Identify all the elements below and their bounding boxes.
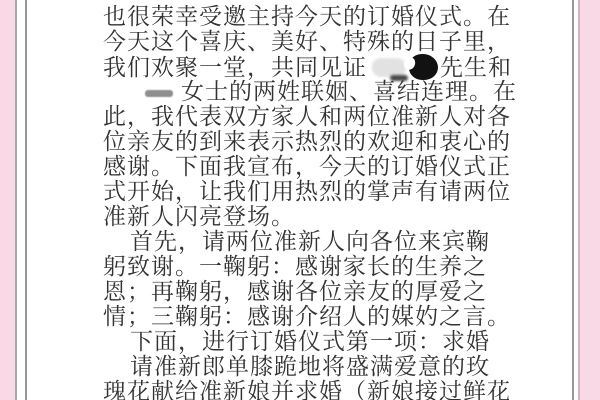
text-line: 也很荣幸受邀主持今天的订婚仪式。在 [103, 4, 528, 29]
line-text: 先生和 [440, 54, 512, 80]
line-text: 请准新郎单膝跪地将盛满爱意的玫 [130, 353, 490, 379]
text-line: 下面，进行订婚仪式第一项：求婚 [103, 329, 528, 354]
text-line: 我们欢聚一堂，共同见证先生和 [103, 54, 528, 79]
text-line: 请准新郎单膝跪地将盛满爱意的玫 [103, 354, 528, 379]
text-line: 女士的两姓联姻、喜结连理。在 [103, 79, 528, 104]
line-text: 此，我代表双方家人和两位准新人对各 [103, 103, 511, 129]
redacted-bride-name-smudge [145, 90, 173, 97]
left-outer-rule [15, 0, 17, 400]
text-line: 躬致谢。一鞠躬：感谢家长的生养之 [103, 254, 528, 279]
text-line: 情；三鞠躬：感谢介绍人的媒妁之言。 [103, 304, 528, 329]
text-line: 今天这个喜庆、美好、特殊的日子里， [103, 29, 528, 54]
text-body: 也很荣幸受邀主持今天的订婚仪式。在今天这个喜庆、美好、特殊的日子里，我们欢聚一堂… [103, 4, 528, 400]
text-line: 恩；再鞠躬，感谢各位亲友的厚爱之 [103, 279, 528, 304]
line-text: 也很荣幸受邀主持今天的订婚仪式。在 [103, 3, 511, 29]
line-text: 首先，请两位准新人向各位来宾鞠 [130, 228, 490, 254]
ebook-reader-screenshot: { "palette": { "pageBg": "#ffffff", "pin… [0, 0, 600, 400]
line-text: 感谢。下面我宣布，今天的订婚仪式正 [103, 153, 511, 179]
left-pink-border [0, 0, 15, 400]
right-pink-border [580, 0, 600, 400]
line-text: 今天这个喜庆、美好、特殊的日子里， [103, 28, 511, 54]
text-line: 瑰花献给准新娘并求婚（新娘接过鲜花 [103, 379, 528, 400]
line-text: 情；三鞠躬：感谢介绍人的媒妁之言。 [103, 303, 511, 329]
text-line: 此，我代表双方家人和两位准新人对各 [103, 104, 528, 129]
line-text: 准新人闪亮登场。 [103, 203, 295, 229]
text-line: 感谢。下面我宣布，今天的订婚仪式正 [103, 154, 528, 179]
text-line: 准新人闪亮登场。 [103, 204, 528, 229]
redacted-groom-name-smudge [372, 58, 406, 77]
line-text: 式开始，让我们用热烈的掌声有请两位 [103, 178, 511, 204]
line-text: 位亲友的到来表示热烈的欢迎和衷心的 [103, 128, 511, 154]
right-inner-rule [572, 0, 574, 400]
line-text: 恩；再鞠躬，感谢各位亲友的厚爱之 [103, 278, 487, 304]
left-inner-rule [25, 0, 27, 400]
line-text: 女士的两姓联姻、喜结连理。在 [181, 78, 517, 104]
text-line: 首先，请两位准新人向各位来宾鞠 [103, 229, 528, 254]
text-line: 位亲友的到来表示热烈的欢迎和衷心的 [103, 129, 528, 154]
reader-page: 也很荣幸受邀主持今天的订婚仪式。在今天这个喜庆、美好、特殊的日子里，我们欢聚一堂… [0, 0, 600, 400]
line-text: 躬致谢。一鞠躬：感谢家长的生养之 [103, 253, 487, 279]
line-text: 我们欢聚一堂，共同见证 [103, 54, 367, 80]
line-text: 下面，进行订婚仪式第一项：求婚 [130, 328, 490, 354]
redacted-groom-name-mark [409, 54, 438, 80]
text-line: 式开始，让我们用热烈的掌声有请两位 [103, 179, 528, 204]
line-text: 瑰花献给准新娘并求婚（新娘接过鲜花 [103, 378, 511, 400]
